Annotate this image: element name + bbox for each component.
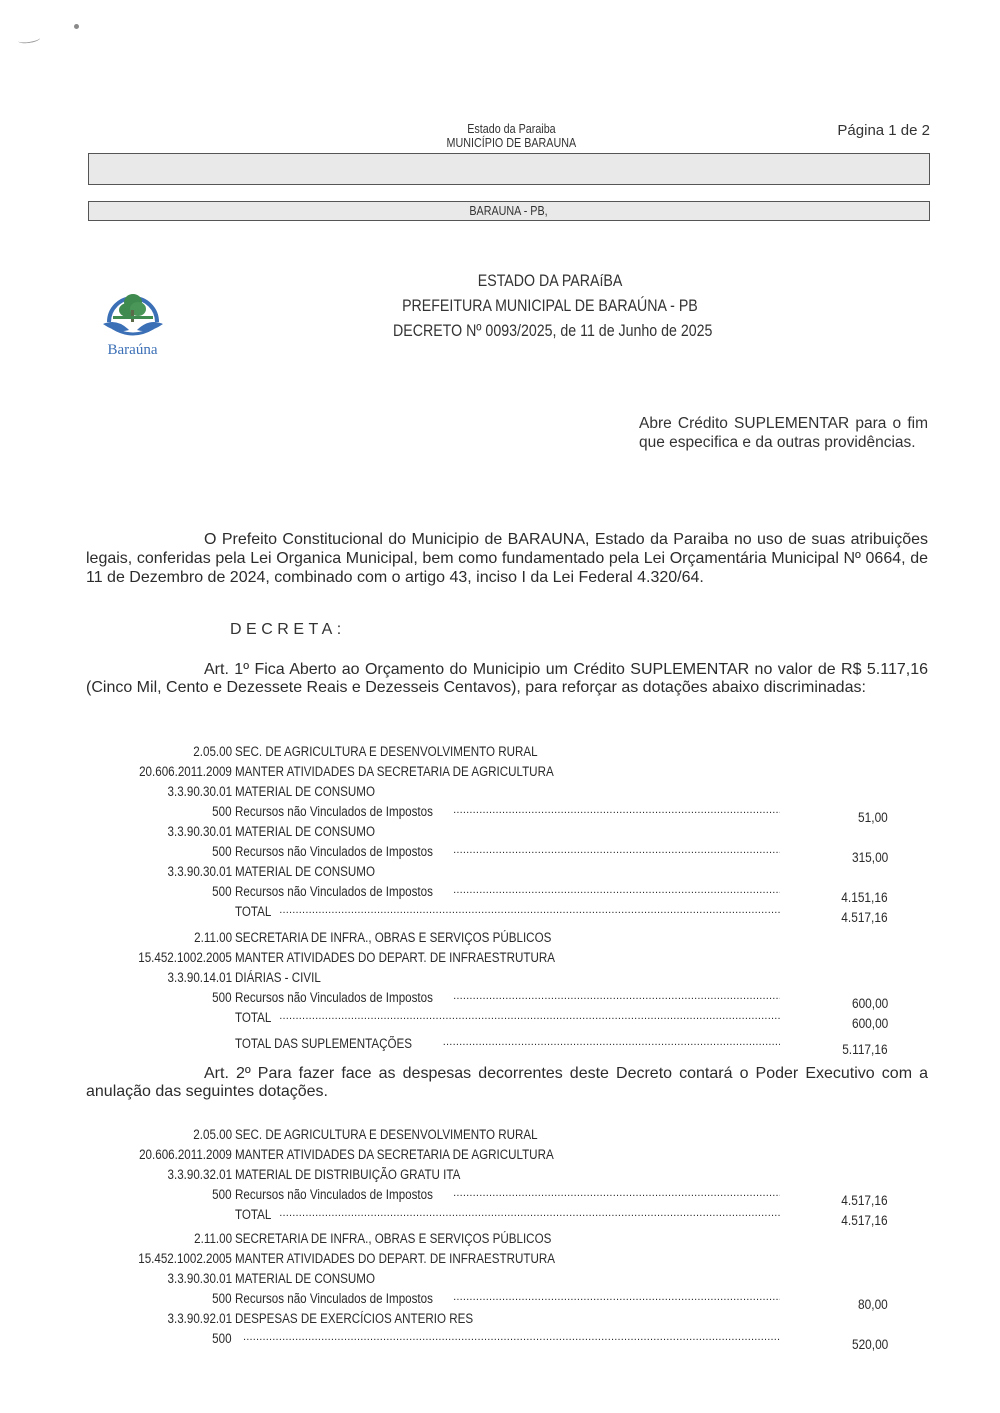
ledger-code: 500 xyxy=(213,990,232,1005)
ledger-description: MANTER ATIVIDADES DA SECRETARIA DE AGRIC… xyxy=(235,1147,554,1162)
ledger-code: 3.3.90.14.01 xyxy=(167,970,232,985)
ledger-description: MANTER ATIVIDADES DO DEPART. DE INFRAEST… xyxy=(235,950,555,965)
ledger-heading-row: 15.452.1002.2005MANTER ATIVIDADES DO DEP… xyxy=(0,1251,1000,1269)
ledger-label: Recursos não Vinculados de Impostos.....… xyxy=(235,1187,780,1202)
article-1-text: Art. 1º Fica Aberto ao Orçamento do Muni… xyxy=(86,661,928,696)
ledger-code: 20.606.2011.2009 xyxy=(139,1147,232,1162)
ledger-total-row: TOTAL DAS SUPLEMENTAÇÕES................… xyxy=(0,1036,1000,1054)
title-decree-number: DECRETO Nº 0093/2025, de 11 de Junho de … xyxy=(0,322,1000,341)
ledger-total-row: TOTAL...................................… xyxy=(0,1207,1000,1225)
ledger-label: TOTAL...................................… xyxy=(235,1207,780,1222)
ledger-code: 3.3.90.30.01 xyxy=(167,784,232,799)
ledger-label: ........................................… xyxy=(235,1331,780,1343)
ledger-heading-row: 3.3.90.32.01MATERIAL DE DISTRIBUIÇÃO GRA… xyxy=(0,1167,1000,1185)
preamble-paragraph: O Prefeito Constitucional do Municipio d… xyxy=(86,530,928,587)
ledger-label: Recursos não Vinculados de Impostos.....… xyxy=(235,804,780,819)
page-indicator: Página 1 de 2 xyxy=(837,122,930,139)
ledger-code: 15.452.1002.2005 xyxy=(138,1251,232,1266)
header-band-location-text: BARAUNA - PB, xyxy=(0,204,1000,218)
ledger-heading-row: 3.3.90.92.01DESPESAS DE EXERCÍCIOS ANTER… xyxy=(0,1311,1000,1329)
ledger-description: MATERIAL DE CONSUMO xyxy=(235,784,375,799)
ledger-heading-row: 3.3.90.30.01MATERIAL DE CONSUMO xyxy=(0,824,1000,842)
ledger-heading-row: 3.3.90.30.01MATERIAL DE CONSUMO xyxy=(0,1271,1000,1289)
ledger-description: DIÁRIAS - CIVIL xyxy=(235,970,321,985)
ledger-code: 3.3.90.32.01 xyxy=(167,1167,232,1182)
ledger-heading-row: 20.606.2011.2009MANTER ATIVIDADES DA SEC… xyxy=(0,1147,1000,1165)
ledger-label: TOTAL...................................… xyxy=(235,904,780,919)
ledger-code: 2.11.00 xyxy=(194,1231,232,1246)
ledger-code: 2.05.00 xyxy=(193,1127,232,1142)
ledger-label: Recursos não Vinculados de Impostos.....… xyxy=(235,1291,780,1306)
ledger-heading-row: 20.606.2011.2009MANTER ATIVIDADES DA SEC… xyxy=(0,764,1000,782)
ledger-description: MANTER ATIVIDADES DO DEPART. DE INFRAEST… xyxy=(235,1251,555,1266)
ledger-description: SECRETARIA DE INFRA., OBRAS E SERVIÇOS P… xyxy=(235,1231,551,1246)
article-2-text: Art. 2º Para fazer face as despesas deco… xyxy=(86,1065,928,1100)
ledger-amount: 4.517,16 xyxy=(842,1213,888,1228)
ledger-code: 3.3.90.30.01 xyxy=(167,864,232,879)
ledger-code: 500 xyxy=(213,1291,232,1306)
ledger-code: 3.3.90.92.01 xyxy=(167,1311,232,1326)
title-prefecture: PREFEITURA MUNICIPAL DE BARAÚNA - PB xyxy=(0,297,1000,316)
ledger-amount-row: 500 ....................................… xyxy=(0,1331,1000,1349)
ledger-amount-row: 500Recursos não Vinculados de Impostos..… xyxy=(0,804,1000,822)
header-band-empty xyxy=(88,153,930,185)
ledger-description: DESPESAS DE EXERCÍCIOS ANTERIO RES xyxy=(235,1311,473,1326)
ledger-code: 20.606.2011.2009 xyxy=(139,764,232,779)
ledger-amount: 315,00 xyxy=(852,850,888,865)
ledger-code: 500 xyxy=(213,844,232,859)
ledger-heading-row: 2.05.00SEC. DE AGRICULTURA E DESENVOLVIM… xyxy=(0,744,1000,762)
ledger-amount: 4.151,16 xyxy=(842,890,888,905)
ledger-description: MATERIAL DE DISTRIBUIÇÃO GRATU ITA xyxy=(235,1167,460,1182)
ledger-amount-row: 500Recursos não Vinculados de Impostos..… xyxy=(0,1291,1000,1309)
ledger-code: 500 xyxy=(213,804,232,819)
scan-artifact-mark xyxy=(18,35,41,45)
ledger-total-row: TOTAL...................................… xyxy=(0,904,1000,922)
ledger-code: 500 xyxy=(213,884,232,899)
preamble-text: O Prefeito Constitucional do Municipio d… xyxy=(86,531,928,586)
municipality-logo: Baraúna xyxy=(95,280,170,360)
ledger-amount: 520,00 xyxy=(852,1337,888,1352)
ledger-amount-row: 500Recursos não Vinculados de Impostos..… xyxy=(0,844,1000,862)
ledger-amount: 4.517,16 xyxy=(842,1193,888,1208)
ledger-description: SEC. DE AGRICULTURA E DESENVOLVIMENTO RU… xyxy=(235,744,538,759)
article-2: Art. 2º Para fazer face as despesas deco… xyxy=(86,1065,928,1101)
decreta-heading: DECRETA: xyxy=(230,621,346,639)
ledger-heading-row: 3.3.90.14.01DIÁRIAS - CIVIL xyxy=(0,970,1000,988)
title-state: ESTADO DA PARAíBA xyxy=(0,272,1000,291)
ledger-description: MATERIAL DE CONSUMO xyxy=(235,864,375,879)
ledger-label: Recursos não Vinculados de Impostos.....… xyxy=(235,844,780,859)
ledger-amount: 51,00 xyxy=(858,810,888,825)
ledger-heading-row: 2.05.00SEC. DE AGRICULTURA E DESENVOLVIM… xyxy=(0,1127,1000,1145)
ledger-code: 500 xyxy=(213,1187,232,1202)
ledger-heading-row: 3.3.90.30.01MATERIAL DE CONSUMO xyxy=(0,784,1000,802)
ledger-heading-row: 3.3.90.30.01MATERIAL DE CONSUMO xyxy=(0,864,1000,882)
ledger-code: 3.3.90.30.01 xyxy=(167,824,232,839)
ledger-amount: 80,00 xyxy=(858,1297,888,1312)
ledger-code: 2.11.00 xyxy=(194,930,232,945)
article-1: Art. 1º Fica Aberto ao Orçamento do Muni… xyxy=(86,661,928,697)
ledger-amount-row: 500Recursos não Vinculados de Impostos..… xyxy=(0,990,1000,1008)
ledger-amount: 600,00 xyxy=(852,1016,888,1031)
ledger-label: Recursos não Vinculados de Impostos.....… xyxy=(235,990,780,1005)
decree-summary: Abre Crédito SUPLEMENTAR para o fim que … xyxy=(639,414,928,452)
ledger-heading-row: 2.11.00SECRETARIA DE INFRA., OBRAS E SER… xyxy=(0,1231,1000,1249)
ledger-description: SECRETARIA DE INFRA., OBRAS E SERVIÇOS P… xyxy=(235,930,551,945)
svg-text:Baraúna: Baraúna xyxy=(108,342,158,358)
ledger-amount: 5.117,16 xyxy=(843,1042,888,1057)
ledger-code: 500 xyxy=(213,1331,232,1346)
ledger-label: TOTAL DAS SUPLEMENTAÇÕES................… xyxy=(235,1036,780,1051)
ledger-code: 3.3.90.30.01 xyxy=(167,1271,232,1286)
ledger-code: 2.05.00 xyxy=(193,744,232,759)
ledger-amount: 4.517,16 xyxy=(842,910,888,925)
ledger-description: MATERIAL DE CONSUMO xyxy=(235,824,375,839)
ledger-description: SEC. DE AGRICULTURA E DESENVOLVIMENTO RU… xyxy=(235,1127,538,1142)
ledger-description: MANTER ATIVIDADES DA SECRETARIA DE AGRIC… xyxy=(235,764,554,779)
ledger-heading-row: 15.452.1002.2005MANTER ATIVIDADES DO DEP… xyxy=(0,950,1000,968)
ledger-label: Recursos não Vinculados de Impostos.....… xyxy=(235,884,780,899)
ledger-description: MATERIAL DE CONSUMO xyxy=(235,1271,375,1286)
ledger-amount-row: 500Recursos não Vinculados de Impostos..… xyxy=(0,884,1000,902)
ledger-code: 15.452.1002.2005 xyxy=(138,950,232,965)
ledger-amount-row: 500Recursos não Vinculados de Impostos..… xyxy=(0,1187,1000,1205)
ledger-heading-row: 2.11.00SECRETARIA DE INFRA., OBRAS E SER… xyxy=(0,930,1000,948)
ledger-amount: 600,00 xyxy=(852,996,888,1011)
ledger-total-row: TOTAL...................................… xyxy=(0,1010,1000,1028)
scan-artifact-dot xyxy=(74,24,79,29)
baraúna-emblem-icon: Baraúna xyxy=(95,280,170,360)
ledger-label: TOTAL...................................… xyxy=(235,1010,780,1025)
